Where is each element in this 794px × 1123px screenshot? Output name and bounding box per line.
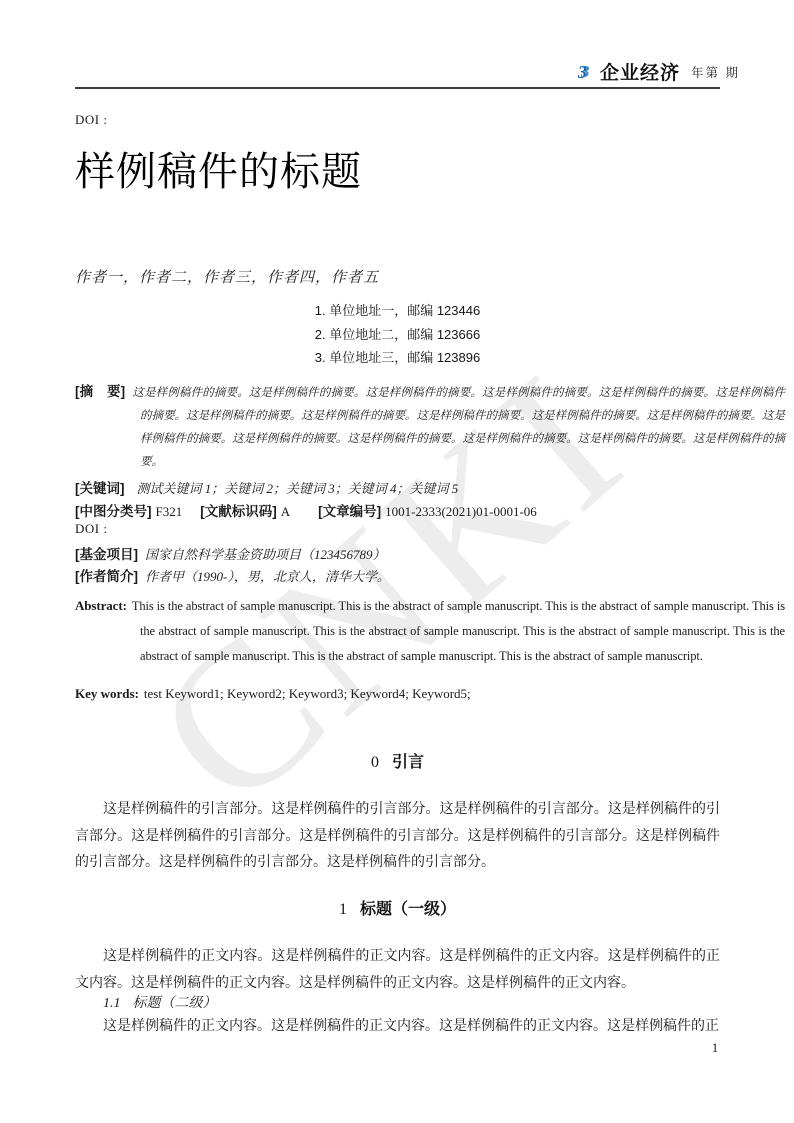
- clc-label: [中图分类号]: [75, 504, 152, 519]
- affiliation-item: 3. 单位地址三，邮编 123896: [75, 346, 720, 370]
- author-bio-line: [作者简介]作者甲（1990-），男，北京人，清华大学。: [75, 565, 735, 585]
- article-title: 样例稿件的标题: [75, 140, 720, 197]
- chinese-keywords-label: [关键词]: [75, 481, 125, 496]
- article-no-label: [文章编号]: [318, 504, 381, 519]
- journal-logo-icon: 3 3: [578, 62, 598, 81]
- page-number: 1: [705, 1040, 725, 1056]
- journal-header: 3 3 企业经济 年第 期: [578, 58, 740, 85]
- subsection-heading-1-1: 1.1标题（二级）: [75, 992, 748, 1012]
- author-bio-text: 作者甲（1990-），男，北京人，清华大学。: [145, 569, 390, 584]
- fund-text: 国家自然科学基金资助项目（123456789）: [145, 547, 386, 562]
- doc-code-label: [文献标识码]: [200, 504, 277, 519]
- english-keywords-text: test Keyword1; Keyword2; Keyword3; Keywo…: [144, 686, 471, 701]
- chinese-abstract-text: 这是样例稿件的摘要。这是样例稿件的摘要。这是样例稿件的摘要。这是样例稿件的摘要。…: [132, 387, 785, 468]
- subsection-number: 1.1: [103, 996, 121, 1011]
- english-keywords-label: Key words:: [75, 686, 139, 701]
- english-abstract-label: Abstract:: [75, 598, 127, 613]
- fund-label: [基金项目]: [75, 547, 138, 562]
- section-number: 0: [371, 754, 379, 771]
- section-number: 1: [339, 901, 347, 918]
- cnki-watermark: CNKI: [0, 170, 794, 1011]
- english-keywords-line: Key words:test Keyword1; Keyword2; Keywo…: [75, 686, 735, 702]
- doc-code-value: A: [281, 504, 290, 519]
- chinese-abstract: [摘 要]这是样例稿件的摘要。这是样例稿件的摘要。这是样例稿件的摘要。这是样例稿…: [75, 380, 785, 474]
- authors-line: 作者一，作者二，作者三，作者四，作者五: [75, 266, 720, 287]
- body-paragraph-2: 这是样例稿件的正文内容。这是样例稿件的正文内容。这是样例稿件的正文内容。这是样例…: [75, 1014, 720, 1041]
- doi-line-top: DOI :: [75, 112, 107, 128]
- chinese-keywords-text: 测试关键词 1；关键词 2；关键词 3；关键词 4；关键词 5: [137, 481, 459, 496]
- header-divider-rule: [75, 87, 720, 89]
- journal-name: 企业经济: [600, 58, 680, 85]
- section-title: 标题（一级）: [360, 901, 456, 918]
- article-no-value: 1001-2333(2021)01-0001-06: [385, 504, 537, 519]
- affiliation-item: 1. 单位地址一，邮编 123446: [75, 299, 720, 323]
- chinese-abstract-label: [摘 要]: [75, 384, 125, 399]
- document-page: CNKI 3 3 企业经济 年第 期 DOI : 样例稿件的标题 作者一，作者二…: [0, 0, 794, 1123]
- section-heading-0: 0引言: [75, 749, 720, 772]
- clc-value: F321: [156, 504, 183, 519]
- subsection-title: 标题（二级）: [133, 996, 217, 1011]
- affiliation-list: 1. 单位地址一，邮编 123446 2. 单位地址二，邮编 123666 3.…: [75, 299, 720, 370]
- section-title: 引言: [392, 754, 424, 771]
- section-heading-1: 1标题（一级）: [75, 896, 720, 919]
- chinese-keywords-line: [关键词]测试关键词 1；关键词 2；关键词 3；关键词 4；关键词 5: [75, 477, 735, 497]
- doi-line-mid: DOI :: [75, 521, 107, 537]
- affiliation-item: 2. 单位地址二，邮编 123666: [75, 323, 720, 347]
- author-bio-label: [作者简介]: [75, 569, 138, 584]
- classification-line: [中图分类号]F321[文献标识码]A[文章编号]1001-2333(2021)…: [75, 500, 735, 520]
- body-paragraph-1: 这是样例稿件的正文内容。这是样例稿件的正文内容。这是样例稿件的正文内容。这是样例…: [75, 944, 720, 997]
- intro-paragraph: 这是样例稿件的引言部分。这是样例稿件的引言部分。这是样例稿件的引言部分。这是样例…: [75, 797, 720, 877]
- svg-text:3: 3: [580, 62, 590, 81]
- english-abstract-text: This is the abstract of sample manuscrip…: [132, 599, 785, 663]
- english-abstract: Abstract:This is the abstract of sample …: [75, 593, 785, 669]
- fund-line: [基金项目]国家自然科学基金资助项目（123456789）: [75, 543, 735, 563]
- journal-issue-text: 年第 期: [691, 63, 740, 81]
